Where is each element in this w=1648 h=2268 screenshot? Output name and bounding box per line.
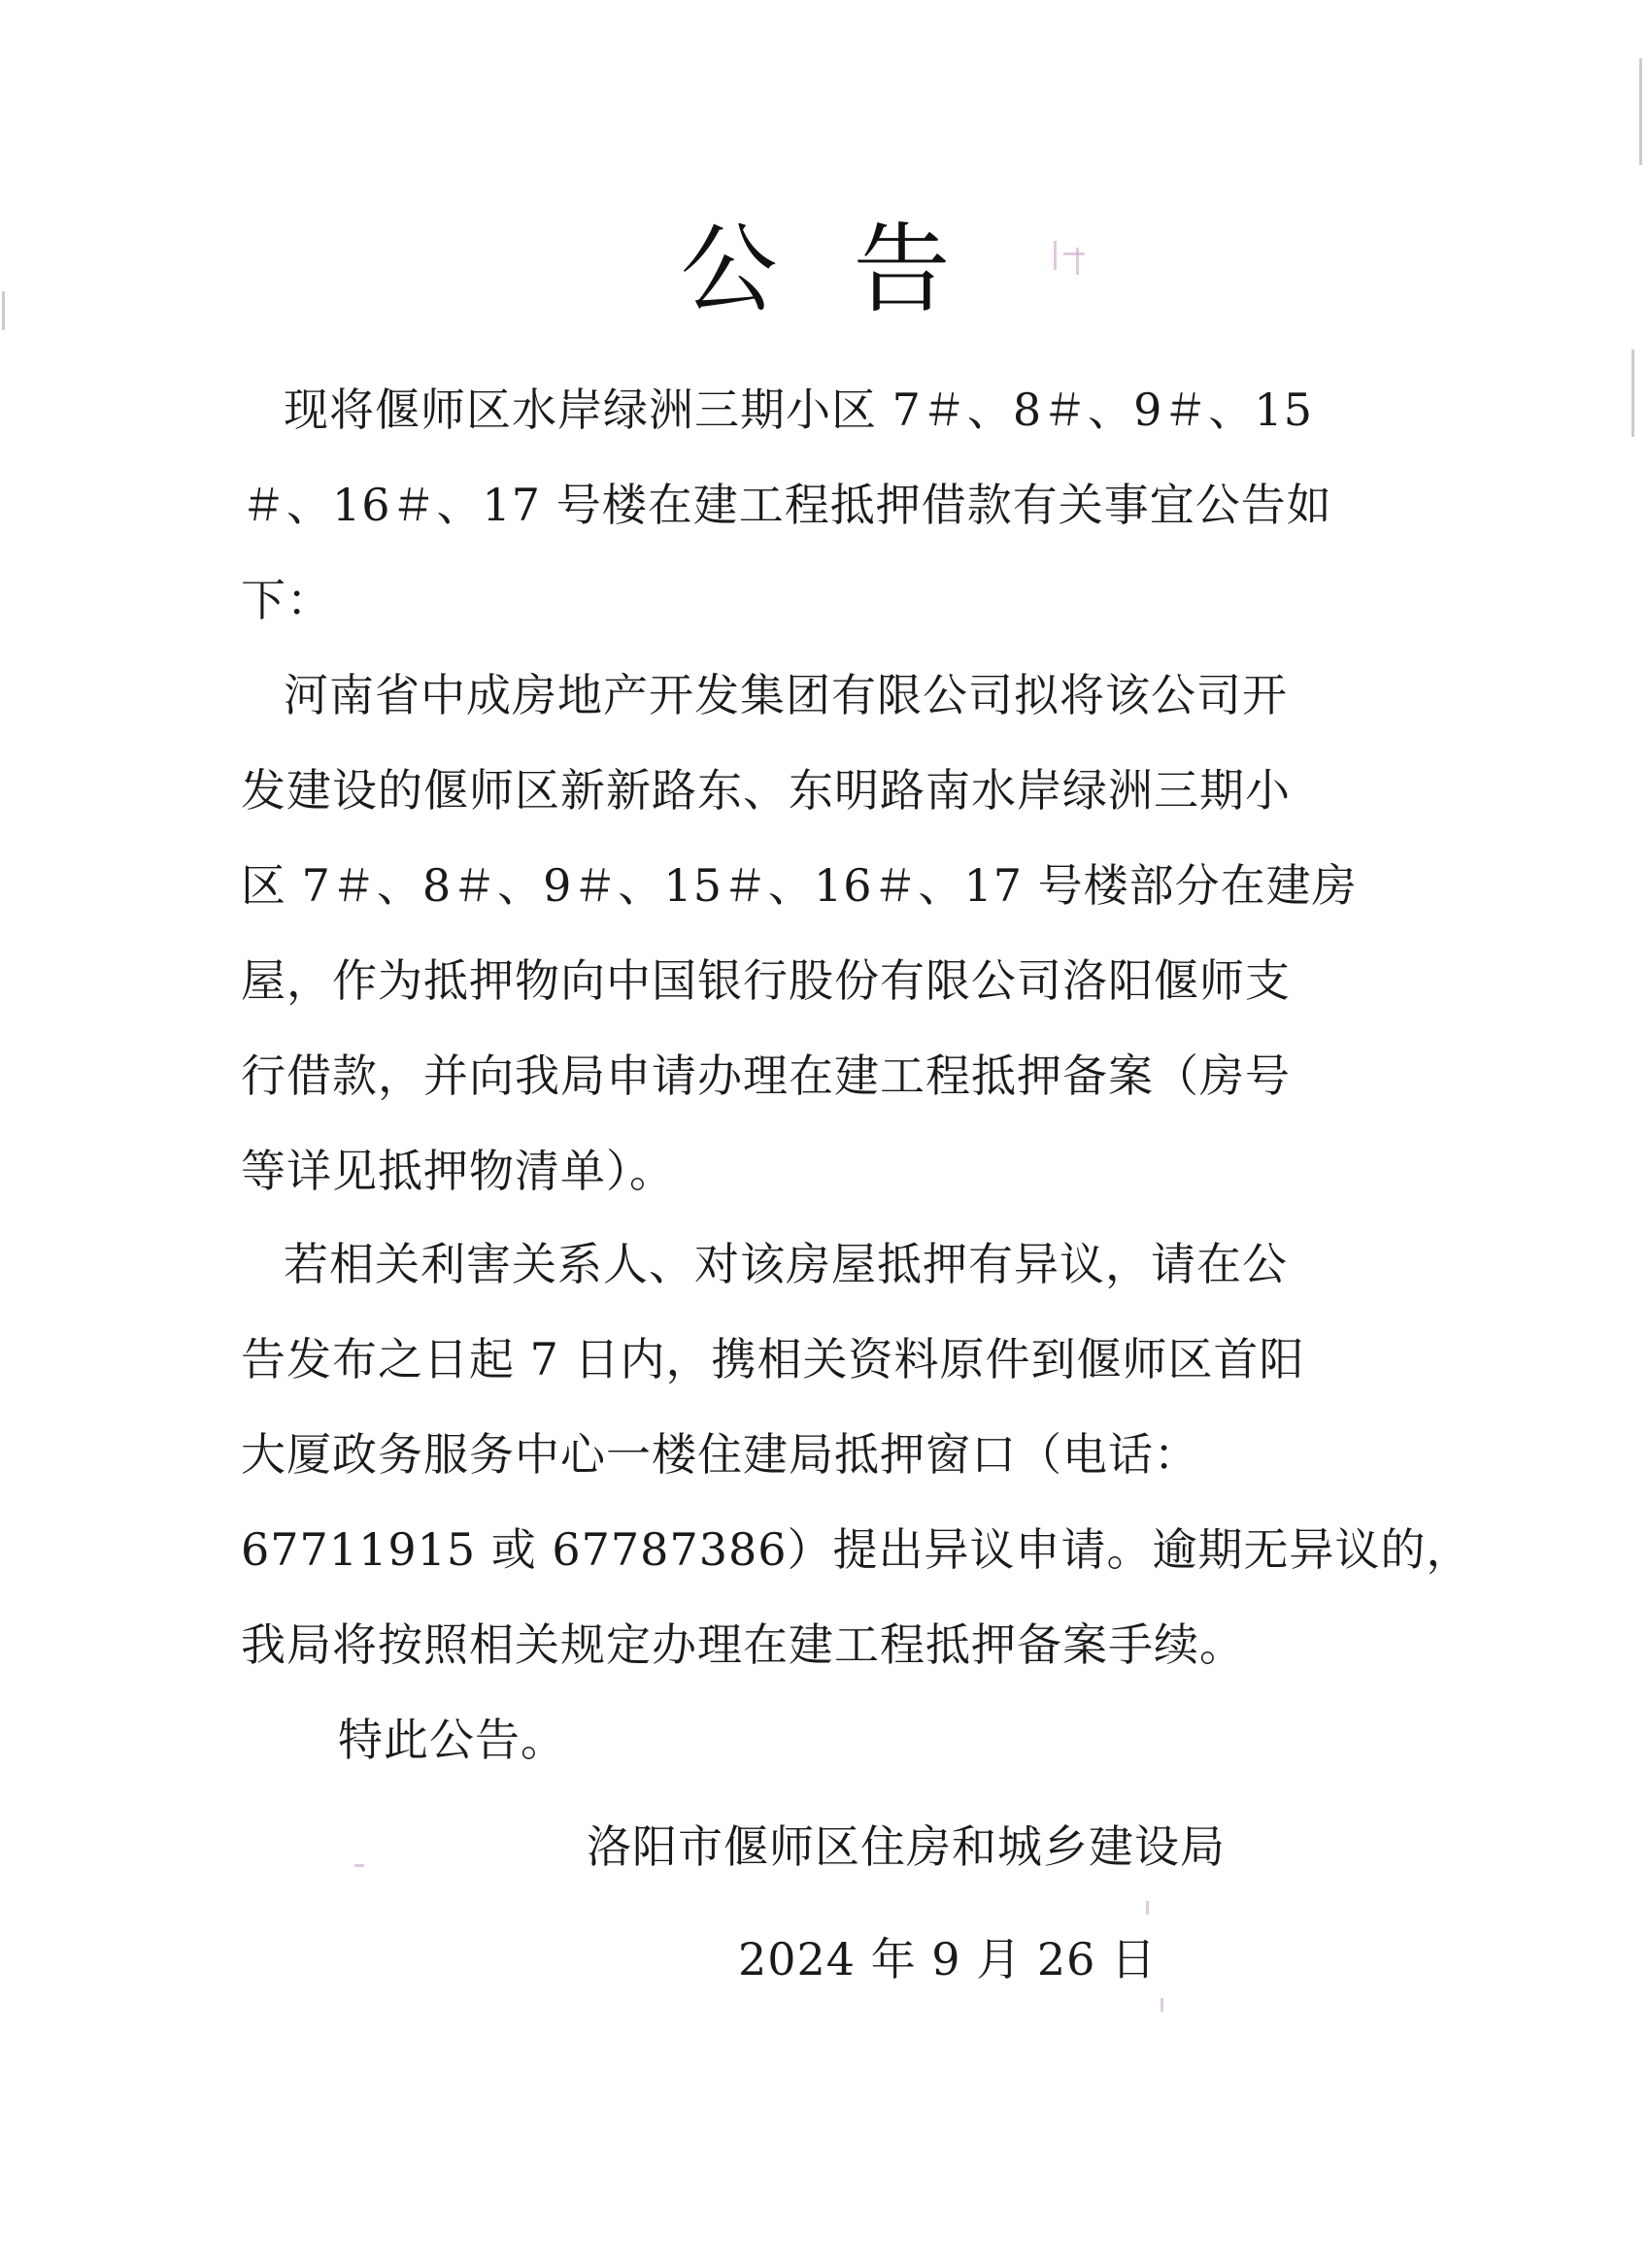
stamp-speck — [1076, 248, 1079, 275]
body-line-5: 行借款，并向我局申请办理在建工程抵押备案（房号 — [241, 1047, 1435, 1105]
stamp-speck — [1063, 252, 1085, 255]
body-line-4: 屋，作为抵押物向中国银行股份有限公司洛阳偃师支 — [241, 951, 1435, 1010]
body-line-3: 区 7＃、8＃、9＃、15＃、16＃、17 号楼部分在建房 — [241, 856, 1435, 915]
objection-line-4: 67711915 或 67787386）提出异议申请。逾期无异议的， — [241, 1520, 1435, 1579]
scan-edge-mark — [1639, 58, 1642, 165]
scan-edge-mark — [2, 291, 5, 330]
body-line-6: 等详见抵押物清单）。 — [241, 1142, 1435, 1200]
intro-line-3: 下： — [241, 571, 1435, 629]
issue-date: 2024 年 9 月 26 日 — [738, 1930, 1648, 1988]
stamp-speck — [1160, 1998, 1163, 2012]
objection-line-1: 若相关利害关系人、对该房屋抵押有异议，请在公 — [284, 1235, 1478, 1293]
stamp-speck — [354, 1864, 364, 1867]
closing-statement: 特此公告。 — [338, 1711, 1532, 1769]
intro-line-1: 现将偃师区水岸绿洲三期小区 7＃、8＃、9＃、15 — [284, 381, 1478, 439]
page-title: 公告 — [0, 212, 1648, 328]
objection-line-3: 大厦政务服务中心一楼住建局抵押窗口（电话： — [241, 1425, 1435, 1484]
objection-line-2: 告发布之日起 7 日内，携相关资料原件到偃师区首阳 — [241, 1330, 1435, 1388]
objection-line-5: 我局将按照相关规定办理在建工程抵押备案手续。 — [241, 1616, 1435, 1674]
body-line-2: 发建设的偃师区新新路东、东明路南水岸绿洲三期小 — [241, 761, 1435, 819]
announcement-page: 公告 现将偃师区水岸绿洲三期小区 7＃、8＃、9＃、15 ＃、16＃、17 号楼… — [0, 0, 1648, 2268]
stamp-speck — [1054, 241, 1057, 270]
body-line-1: 河南省中成房地产开发集团有限公司拟将该公司开 — [284, 666, 1478, 724]
intro-line-2: ＃、16＃、17 号楼在建工程抵押借款有关事宜公告如 — [241, 476, 1435, 534]
stamp-speck — [1146, 1901, 1149, 1915]
scan-edge-mark — [1631, 350, 1634, 437]
issuer-signature: 洛阳市偃师区住房和城乡建设局 — [587, 1818, 1648, 1876]
